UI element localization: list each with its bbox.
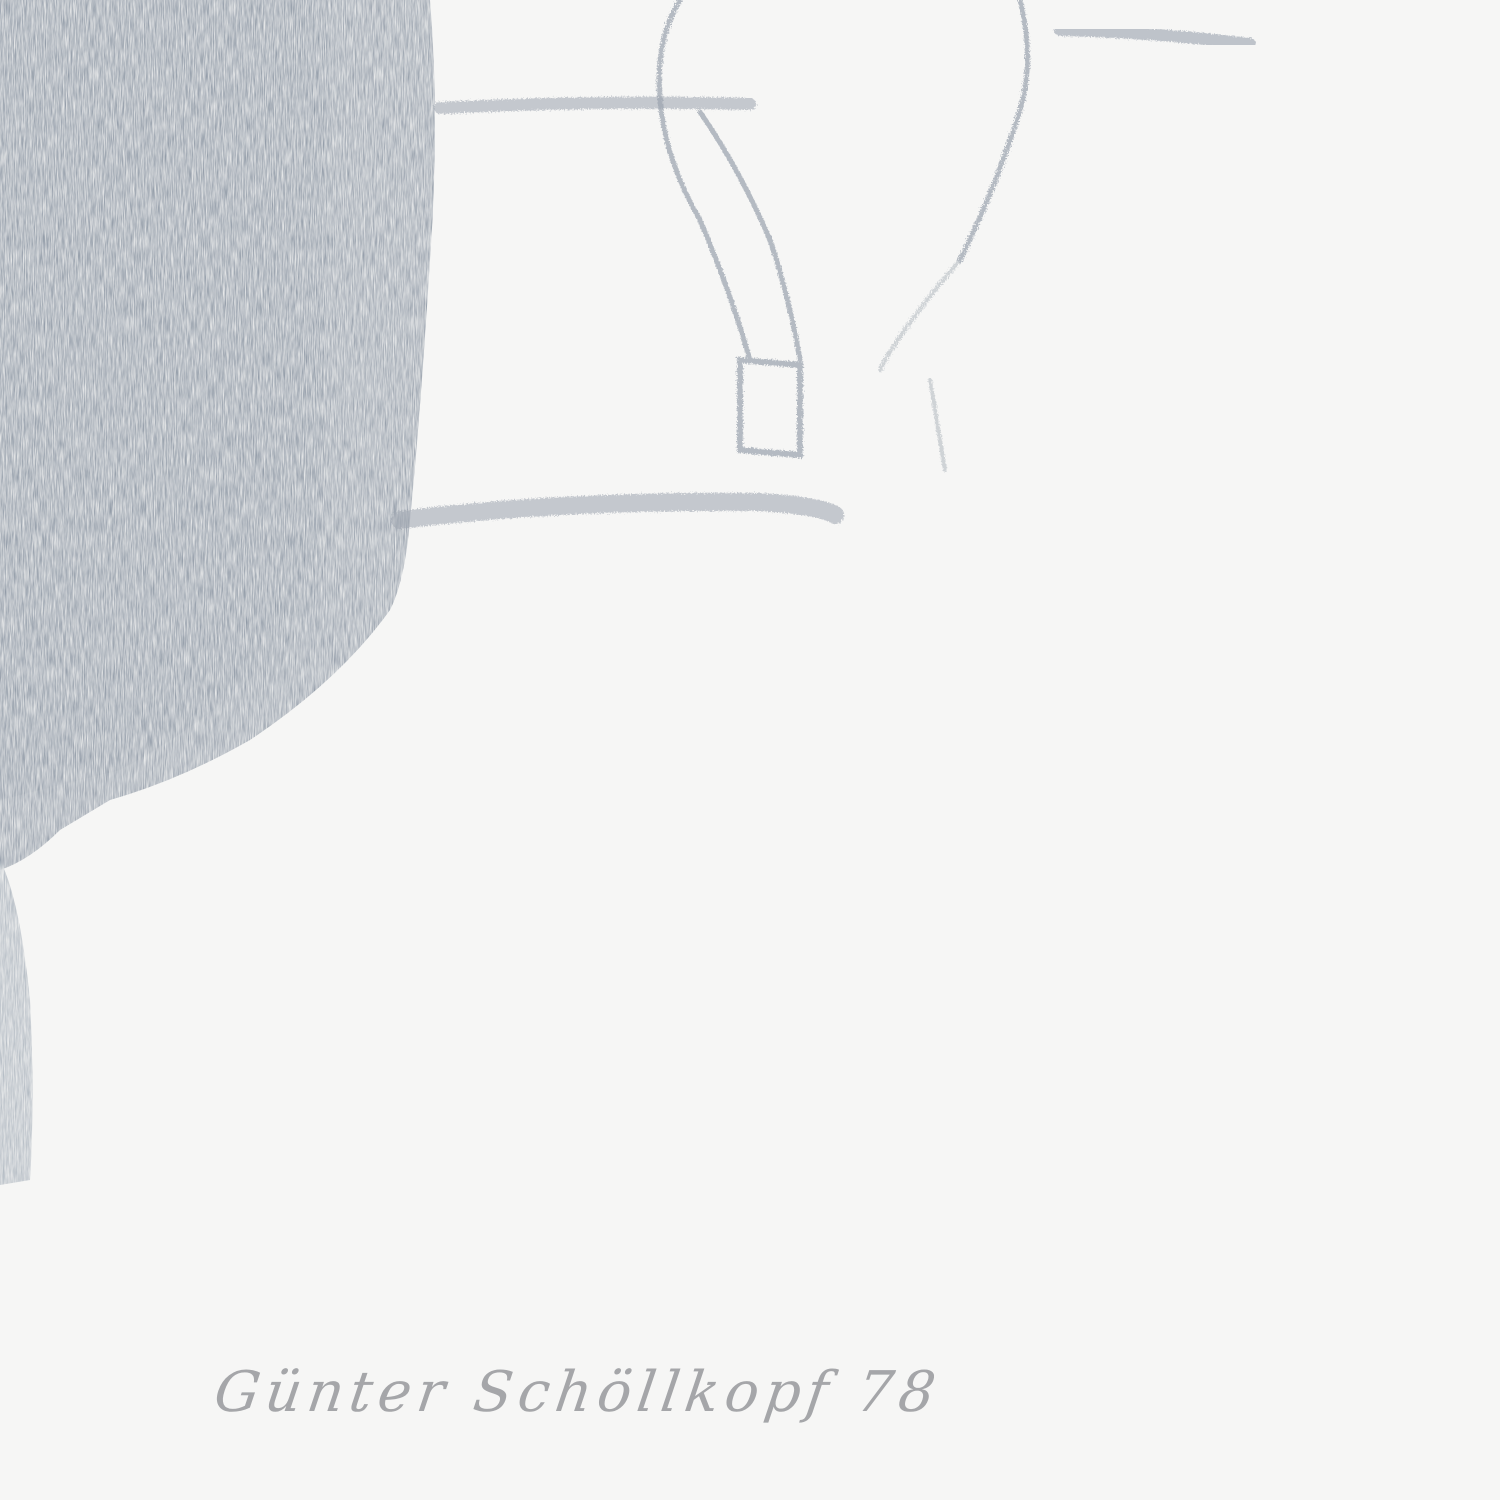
artist-signature: Günter Schöllkopf 78 — [210, 1360, 945, 1425]
drawing — [0, 0, 1500, 1500]
sketched-vessel-outline — [659, 0, 1027, 470]
short-stroke-top-right — [1060, 30, 1250, 44]
shaded-vertical-block — [0, 0, 435, 1185]
sketched-tabletop-lines — [400, 103, 835, 520]
